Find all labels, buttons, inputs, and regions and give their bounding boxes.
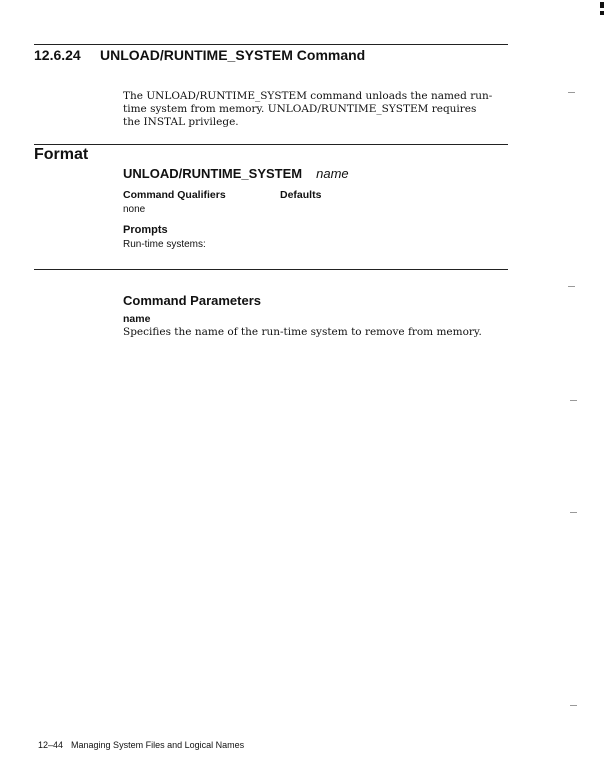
parameter-description: Specifies the name of the run-time syste…: [123, 326, 482, 338]
margin-mark: [570, 705, 577, 706]
scan-mark: [600, 11, 604, 15]
parameters-rule: [34, 269, 508, 270]
margin-mark: [570, 400, 577, 401]
format-rule: [34, 144, 508, 145]
qualifiers-heading: Command Qualifiers: [123, 189, 226, 201]
intro-paragraph: The UNLOAD/RUNTIME_SYSTEM command unload…: [123, 90, 493, 129]
parameters-heading: Command Parameters: [123, 293, 261, 308]
prompts-heading: Prompts: [123, 224, 168, 236]
qualifiers-value: none: [123, 204, 145, 215]
prompts-value: Run-time systems:: [123, 239, 206, 250]
defaults-heading: Defaults: [280, 189, 321, 201]
margin-mark: [570, 512, 577, 513]
footer-title: Managing System Files and Logical Names: [71, 740, 244, 750]
command-name: UNLOAD/RUNTIME_SYSTEM: [123, 166, 302, 181]
page-number: 12–44: [38, 740, 63, 750]
section-number: 12.6.24: [34, 47, 100, 63]
section-title-text: UNLOAD/RUNTIME_SYSTEM Command: [100, 47, 365, 63]
page-footer: 12–44Managing System Files and Logical N…: [38, 740, 244, 750]
section-rule-top: [34, 44, 508, 45]
command-syntax: UNLOAD/RUNTIME_SYSTEMname: [123, 166, 349, 181]
command-parameter: name: [316, 166, 349, 181]
margin-mark: [568, 92, 575, 93]
format-heading: Format: [34, 146, 88, 164]
parameter-name: name: [123, 313, 150, 325]
scan-mark: [600, 2, 604, 8]
margin-mark: [568, 286, 575, 287]
section-title: 12.6.24UNLOAD/RUNTIME_SYSTEM Command: [34, 47, 365, 63]
